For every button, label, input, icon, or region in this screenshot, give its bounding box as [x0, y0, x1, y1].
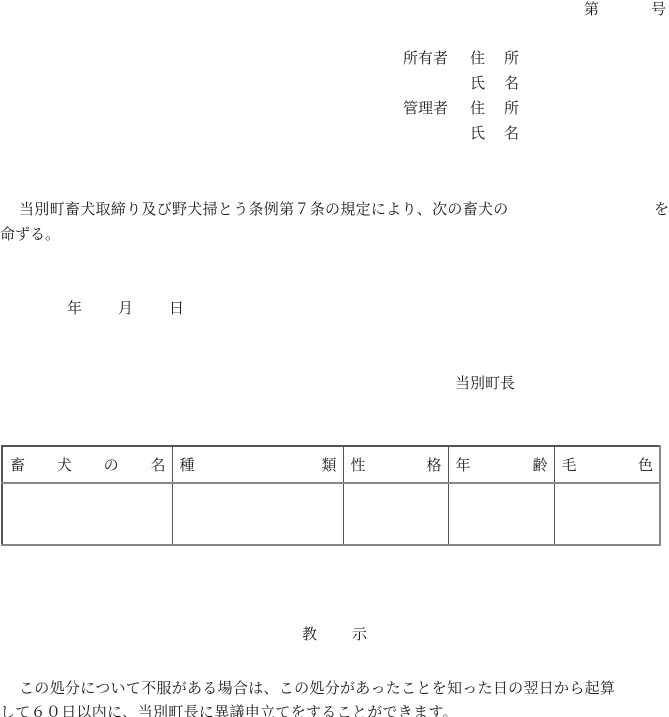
table-row	[2, 483, 660, 545]
date-month-label: 月	[118, 298, 133, 318]
dog-info-table: 畜 犬 の 名 種 類 性 格 年 齢 毛	[1, 445, 661, 546]
number-label-go: 号	[651, 0, 666, 19]
order-line1-suffix: を	[654, 199, 669, 219]
header-char: 類	[321, 454, 336, 475]
date-day-label: 日	[169, 298, 184, 318]
order-line2: 命ずる。	[0, 224, 60, 244]
manager-address-label-1: 住	[470, 98, 485, 118]
owner-address-label-2: 所	[504, 48, 519, 68]
header-char: 毛	[562, 454, 577, 475]
table-header-row: 畜 犬 の 名 種 類 性 格 年 齢 毛	[2, 446, 660, 483]
header-coat-color: 毛 色	[554, 446, 660, 483]
header-char: の	[104, 454, 119, 475]
cell-coat-color	[554, 483, 660, 545]
owner-name-label-2: 名	[504, 73, 519, 93]
header-dog-name: 畜 犬 の 名	[2, 446, 172, 483]
cell-breed	[172, 483, 343, 545]
cell-age	[448, 483, 554, 545]
header-char: 色	[638, 454, 653, 475]
notice-title-1: 教	[302, 624, 317, 644]
cell-dog-name	[2, 483, 172, 545]
header-breed: 種 類	[172, 446, 343, 483]
owner-name-label-1: 氏	[470, 73, 485, 93]
order-line1: 当別町畜犬取締り及び野犬掃とう条例第７条の規定により、次の畜犬の	[19, 199, 509, 219]
notice-title-2: 示	[352, 624, 367, 644]
number-label-dai: 第	[584, 0, 599, 19]
date-year-label: 年	[67, 298, 82, 318]
header-char: 種	[180, 454, 195, 475]
manager-name-label-2: 名	[504, 123, 519, 143]
notice-line1: この処分について不服がある場合は、この処分があったことを知った日の翌日から起算	[19, 678, 615, 698]
header-char: 格	[426, 454, 441, 475]
manager-address-label-2: 所	[504, 98, 519, 118]
header-char: 年	[456, 454, 471, 475]
header-char: 性	[351, 454, 366, 475]
header-char: 名	[150, 454, 165, 475]
notice-line2: して６０日以内に、当別町長に異議申立てをすることができます。	[0, 702, 458, 717]
cell-temperament	[343, 483, 448, 545]
header-temperament: 性 格	[343, 446, 448, 483]
header-age: 年 齢	[448, 446, 554, 483]
header-char: 畜	[10, 454, 25, 475]
owner-label: 所有者	[403, 48, 448, 68]
header-char: 犬	[57, 454, 72, 475]
header-char: 齢	[532, 454, 547, 475]
issuer-title: 当別町長	[455, 373, 515, 393]
manager-name-label-1: 氏	[470, 123, 485, 143]
owner-address-label-1: 住	[470, 48, 485, 68]
manager-label: 管理者	[403, 98, 448, 118]
